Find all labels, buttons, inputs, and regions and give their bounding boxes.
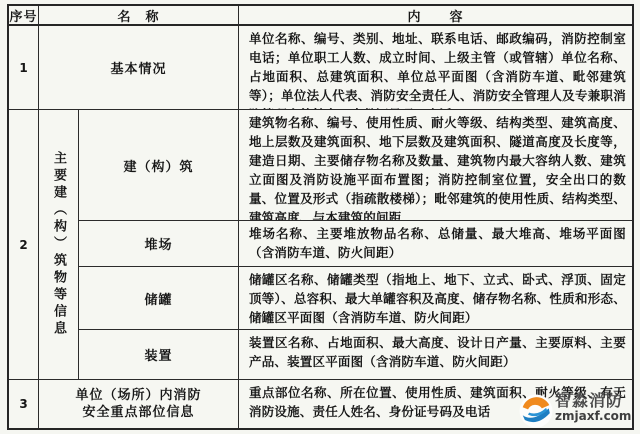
watermark-url: zmjaxf.com <box>555 409 631 423</box>
subrow-device-name-cell: 装置 <box>79 330 239 380</box>
row3-name-cell: 单位（场所）内消防 安全重点部位信息 <box>39 380 239 428</box>
subrow-device-content-cell: 装置区名称、占地面积、最大高度、设计日产量、主要原料、主要产品、装置区平面图（含… <box>239 330 632 380</box>
row1-name-cell: 基本情况 <box>39 26 239 110</box>
row1-serial: 1 <box>19 61 27 75</box>
header-cell-serial: 序号 <box>9 6 39 26</box>
document-sheet: 序号 名 称 内 容 1 基本情况 单位名称、编号、类别、地址、联系电话、邮政编… <box>0 0 640 434</box>
subrow-stackyard-content-cell: 堆场名称、主要堆放物品名称、总储量、最大堆高、堆场平面图（含消防车道、防火间距） <box>239 221 632 267</box>
header-content-label: 内 容 <box>407 6 463 25</box>
row1-content-cell: 单位名称、编号、类别、地址、联系电话、邮政编码，消防控制室电话；单位职工人数、成… <box>239 26 632 110</box>
row2-serial-cell: 2 <box>9 110 39 380</box>
row1-name: 基本情况 <box>110 58 166 77</box>
subrow-tank-content-cell: 储罐区名称、储罐类型（指地上、地下、立式、卧式、浮顶、固定顶等）、总容积、最大单… <box>239 267 632 330</box>
fire-safety-info-table: 序号 名 称 内 容 1 基本情况 单位名称、编号、类别、地址、联系电话、邮政编… <box>7 4 634 430</box>
zhimiao-logo-icon <box>519 394 553 428</box>
watermark-text-block: 智淼消防 zmjaxf.com <box>555 392 631 423</box>
row2-group-name: 主要建（构）筑物等信息 <box>52 151 65 338</box>
row3-serial: 3 <box>19 397 27 411</box>
subrow-tank-name: 储罐 <box>144 289 172 308</box>
subrow-tank-name-cell: 储罐 <box>79 267 239 330</box>
subrow-building-name-cell: 建（构）筑 <box>79 110 239 221</box>
subrow-tank-content: 储罐区名称、储罐类型（指地上、地下、立式、卧式、浮顶、固定顶等）、总容积、最大单… <box>249 272 626 325</box>
subrow-device-name: 装置 <box>144 345 172 364</box>
row1-serial-cell: 1 <box>9 26 39 110</box>
row3-serial-cell: 3 <box>9 380 39 428</box>
subrow-stackyard-name-cell: 堆场 <box>79 221 239 267</box>
subrow-device-content: 装置区名称、占地面积、最大高度、设计日产量、主要原料、主要产品、装置区平面图（含… <box>249 335 626 369</box>
row1-content: 单位名称、编号、类别、地址、联系电话、邮政编码，消防控制室电话；单位职工人数、成… <box>249 31 626 110</box>
subrow-stackyard-content: 堆场名称、主要堆放物品名称、总储量、最大堆高、堆场平面图（含消防车道、防火间距） <box>249 226 626 260</box>
watermark: 智淼消防 zmjaxf.com <box>519 392 631 428</box>
subrow-stackyard-name: 堆场 <box>144 234 172 253</box>
header-serial-label: 序号 <box>9 6 37 25</box>
subrow-building-name: 建（构）筑 <box>123 156 193 175</box>
watermark-title: 智淼消防 <box>555 392 631 409</box>
header-cell-name: 名 称 <box>39 6 239 26</box>
row2-serial: 2 <box>19 238 27 252</box>
row3-name-line1: 单位（场所）内消防 <box>75 387 201 404</box>
header-name-label: 名 称 <box>117 6 159 25</box>
row2-group-cell: 主要建（构）筑物等信息 <box>39 110 79 380</box>
row3-name-line2: 安全重点部位信息 <box>82 404 194 421</box>
header-cell-content: 内 容 <box>239 6 632 26</box>
subrow-building-content-cell: 建筑物名称、编号、使用性质、耐火等级、结构类型、建筑高度、地上层数及建筑面积、地… <box>239 110 632 221</box>
subrow-building-content: 建筑物名称、编号、使用性质、耐火等级、结构类型、建筑高度、地上层数及建筑面积、地… <box>249 115 626 221</box>
